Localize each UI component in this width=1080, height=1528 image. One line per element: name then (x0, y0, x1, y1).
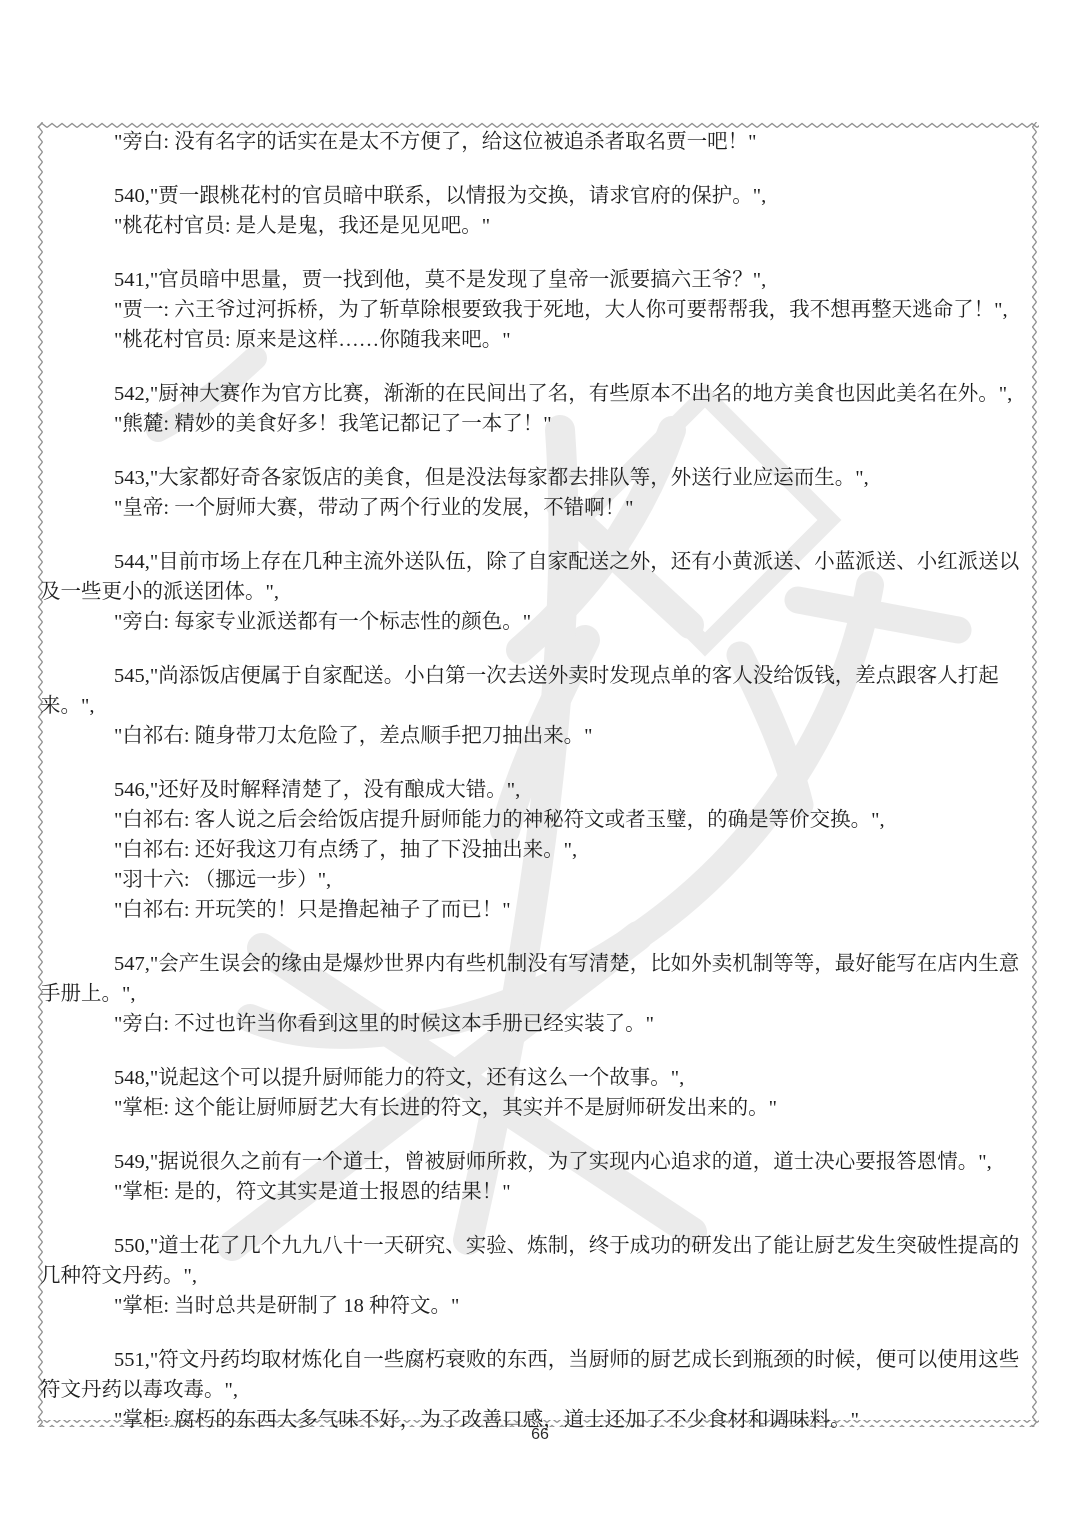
script-entry: 544,"目前市场上存在几种主流外送队伍，除了自家配送之外，还有小黄派送、小蓝派… (40, 547, 1034, 637)
script-line: "桃花村官员: 原来是这样……你随我来吧。" (40, 325, 1034, 355)
script-line: "旁白: 不过也许当你看到这里的时候这本手册已经实装了。" (40, 1009, 1034, 1039)
script-entry: 542,"厨神大赛作为官方比赛，渐渐的在民间出了名，有些原本不出名的地方美食也因… (40, 379, 1034, 439)
script-line: "熊麓: 精妙的美食好多！我笔记都记了一本了！" (40, 409, 1034, 439)
script-text: "旁白: 没有名字的话实在是太不方便了，给这位被追杀者取名贾一吧！"540,"贾… (40, 127, 1034, 1459)
script-line: 551,"符文丹药均取材炼化自一些腐朽衰败的东西，当厨师的厨艺成长到瓶颈的时候，… (40, 1345, 1034, 1405)
script-entry: 550,"道士花了几个九九八十一天研究、实验、炼制，终于成功的研发出了能让厨艺发… (40, 1231, 1034, 1321)
script-line: 547,"会产生误会的缘由是爆炒世界内有些机制没有写清楚，比如外卖机制等等，最好… (40, 949, 1034, 1009)
script-line: 546,"还好及时解释清楚了，没有酿成大错。", (40, 775, 1034, 805)
script-line: 541,"官员暗中思量，贾一找到他，莫不是发现了皇帝一派要搞六王爷？", (40, 265, 1034, 295)
script-entry: "旁白: 没有名字的话实在是太不方便了，给这位被追杀者取名贾一吧！" (40, 127, 1034, 157)
script-line: 549,"据说很久之前有一个道士，曾被厨师所救，为了实现内心追求的道，道士决心要… (40, 1147, 1034, 1177)
script-line: "羽十六: （挪远一步）", (40, 865, 1034, 895)
script-line: "掌柜: 是的，符文其实是道士报恩的结果！" (40, 1177, 1034, 1207)
script-entry: 543,"大家都好奇各家饭店的美食，但是没法每家都去排队等，外送行业应运而生。"… (40, 463, 1034, 523)
script-line: "掌柜: 当时总共是研制了 18 种符文。" (40, 1291, 1034, 1321)
script-line: "白祁右: 还好我这刀有点绣了，抽了下没抽出来。", (40, 835, 1034, 865)
script-line: 543,"大家都好奇各家饭店的美食，但是没法每家都去排队等，外送行业应运而生。"… (40, 463, 1034, 493)
script-line: "旁白: 没有名字的话实在是太不方便了，给这位被追杀者取名贾一吧！" (40, 127, 1034, 157)
script-line: "掌柜: 这个能让厨师厨艺大有长进的符文，其实并不是厨师研发出来的。" (40, 1093, 1034, 1123)
script-entry: 541,"官员暗中思量，贾一找到他，莫不是发现了皇帝一派要搞六王爷？","贾一:… (40, 265, 1034, 355)
script-entry: 545,"尚添饭店便属于自家配送。小白第一次去送外卖时发现点单的客人没给饭钱，差… (40, 661, 1034, 751)
page-number: 66 (0, 1425, 1080, 1445)
script-line: "白祁右: 开玩笑的！只是撸起袖子了而已！" (40, 895, 1034, 925)
script-line: "桃花村官员: 是人是鬼，我还是见见吧。" (40, 211, 1034, 241)
script-entry: 551,"符文丹药均取材炼化自一些腐朽衰败的东西，当厨师的厨艺成长到瓶颈的时候，… (40, 1345, 1034, 1435)
script-line: "皇帝: 一个厨师大赛，带动了两个行业的发展，不错啊！" (40, 493, 1034, 523)
script-line: 550,"道士花了几个九九八十一天研究、实验、炼制，终于成功的研发出了能让厨艺发… (40, 1231, 1034, 1291)
script-line: "白祁右: 随身带刀太危险了，差点顺手把刀抽出来。" (40, 721, 1034, 751)
script-line: "白祁右: 客人说之后会给饭店提升厨师能力的神秘符文或者玉璧，的确是等价交换。"… (40, 805, 1034, 835)
script-line: "旁白: 每家专业派送都有一个标志性的颜色。" (40, 607, 1034, 637)
script-line: 540,"贾一跟桃花村的官员暗中联系，以情报为交换，请求官府的保护。", (40, 181, 1034, 211)
script-entry: 549,"据说很久之前有一个道士，曾被厨师所救，为了实现内心追求的道，道士决心要… (40, 1147, 1034, 1207)
script-entry: 547,"会产生误会的缘由是爆炒世界内有些机制没有写清楚，比如外卖机制等等，最好… (40, 949, 1034, 1039)
document-page: "旁白: 没有名字的话实在是太不方便了，给这位被追杀者取名贾一吧！"540,"贾… (0, 0, 1080, 1528)
script-entry: 546,"还好及时解释清楚了，没有酿成大错。","白祁右: 客人说之后会给饭店提… (40, 775, 1034, 925)
script-line: 544,"目前市场上存在几种主流外送队伍，除了自家配送之外，还有小黄派送、小蓝派… (40, 547, 1034, 607)
script-entry: 548,"说起这个可以提升厨师能力的符文，还有这么一个故事。","掌柜: 这个能… (40, 1063, 1034, 1123)
script-line: 545,"尚添饭店便属于自家配送。小白第一次去送外卖时发现点单的客人没给饭钱，差… (40, 661, 1034, 721)
script-line: "贾一: 六王爷过河拆桥，为了斩草除根要致我于死地，大人你可要帮帮我，我不想再整… (40, 295, 1034, 325)
script-line: 542,"厨神大赛作为官方比赛，渐渐的在民间出了名，有些原本不出名的地方美食也因… (40, 379, 1034, 409)
script-entry: 540,"贾一跟桃花村的官员暗中联系，以情报为交换，请求官府的保护。","桃花村… (40, 181, 1034, 241)
script-line: 548,"说起这个可以提升厨师能力的符文，还有这么一个故事。", (40, 1063, 1034, 1093)
